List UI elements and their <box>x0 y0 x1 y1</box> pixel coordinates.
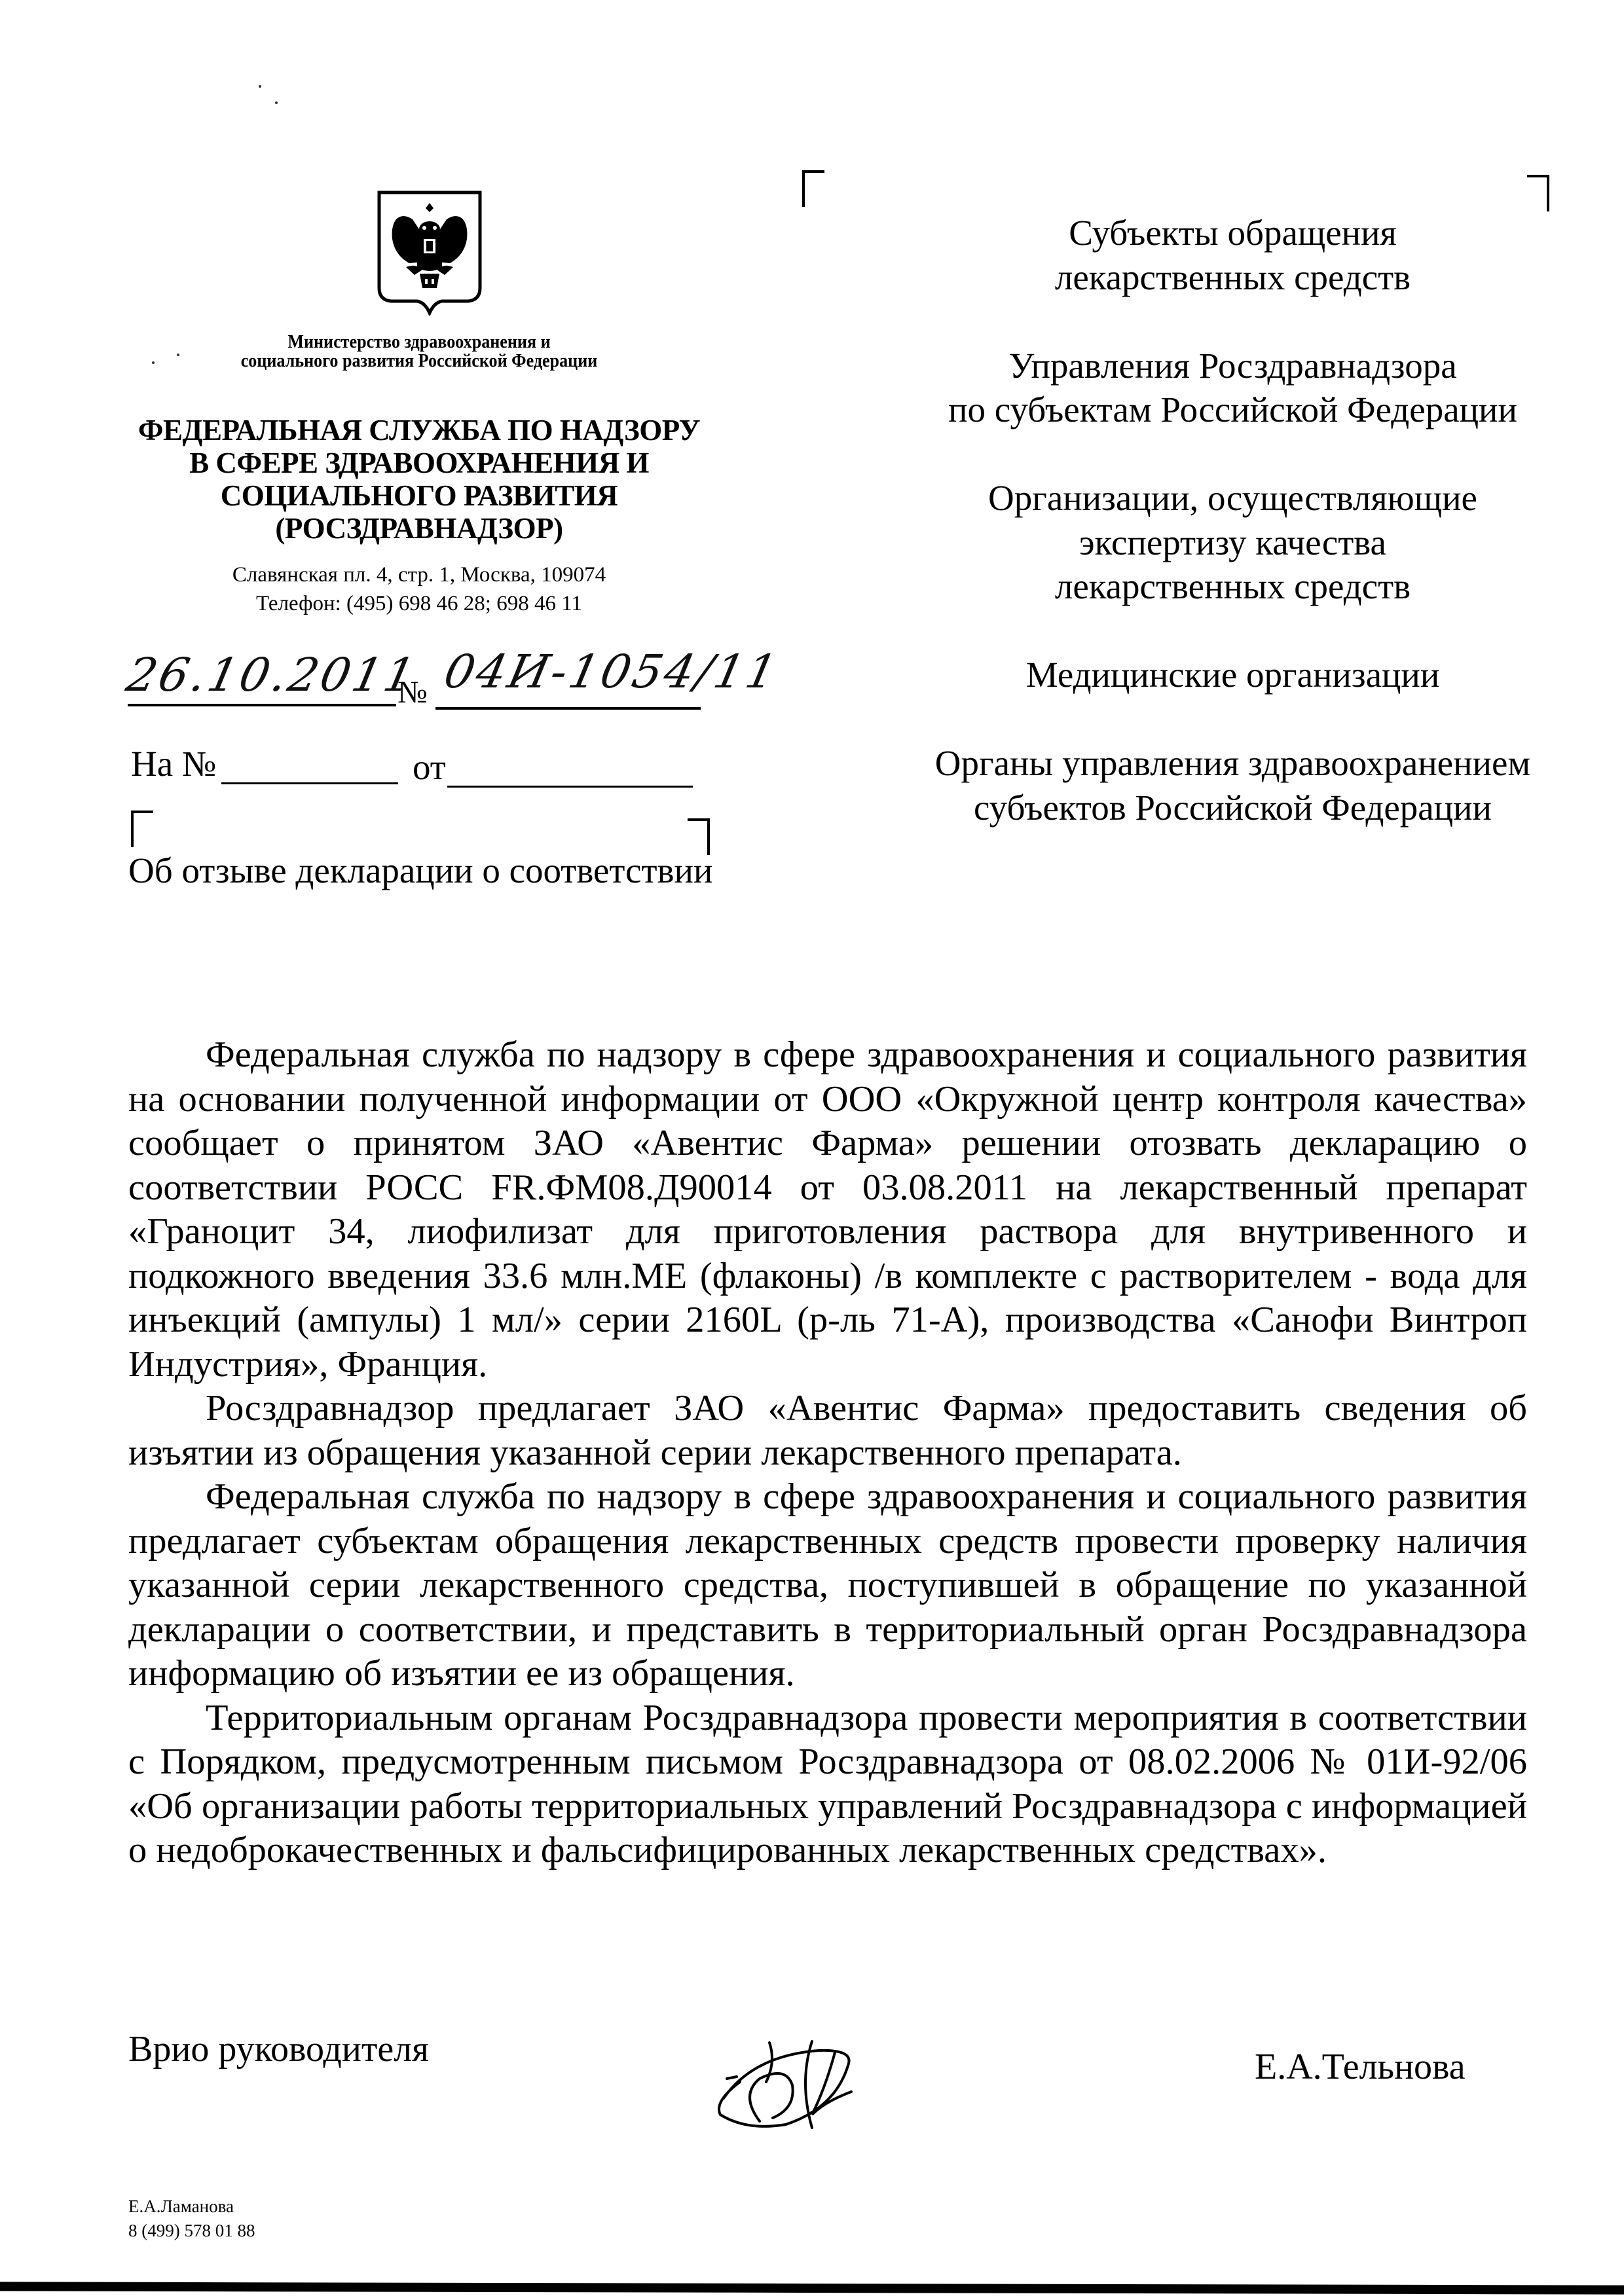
date-underline <box>128 704 396 706</box>
phone-line: Телефон: (495) 698 46 28; 698 46 11 <box>131 589 707 618</box>
recipient-line: лекарственных средств <box>851 564 1614 609</box>
address-line: Славянская пл. 4, стр. 1, Москва, 109074 <box>131 560 707 589</box>
recipient-group: Организации, осуществляющие экспертизу к… <box>851 476 1614 609</box>
recipient-line: лекарственных средств <box>851 255 1614 300</box>
recipient-line: Субъекты обращения <box>851 211 1614 255</box>
body-paragraph-4: Территориальным органам Росздравнадзора … <box>128 1696 1527 1873</box>
reference-number-field <box>221 782 398 784</box>
ministry-line-2: социального развития Российской Федераци… <box>160 352 678 371</box>
registration-date: 26.10.2011 <box>122 648 422 702</box>
service-title-line-2: В СФЕРЕ ЗДРАВООХРАНЕНИЯ И <box>124 446 714 479</box>
recipient-group: Медицинские организации <box>851 653 1614 697</box>
scan-speck <box>1179 1105 1181 1108</box>
scan-speck <box>275 101 278 104</box>
number-underline <box>435 707 701 710</box>
recipient-line: по субъектам Российской Федерации <box>851 388 1614 432</box>
recipient-line: Медицинские организации <box>851 653 1614 697</box>
scan-bottom-edge <box>0 2282 1624 2294</box>
signatory-name: Е.А.Тельнова <box>1255 2046 1466 2088</box>
ministry-name: Министерство здравоохранения и социально… <box>160 333 678 371</box>
subject-bracket-left <box>131 811 153 847</box>
scan-speck <box>152 361 155 364</box>
recipient-group: Органы управления здравоохранением субъе… <box>851 741 1614 829</box>
coat-of-arms-icon <box>377 190 483 316</box>
recipient-line: экспертизу качества <box>851 520 1614 565</box>
recipient-line: субъектов Российской Федерации <box>851 786 1614 830</box>
letter-subject: Об отзыве декларации о соответствии <box>128 850 712 891</box>
scan-speck <box>259 85 261 88</box>
service-address: Славянская пл. 4, стр. 1, Москва, 109074… <box>131 560 707 618</box>
recipients-bracket-left <box>802 170 824 207</box>
reference-number-label: На № <box>131 743 216 784</box>
registration-number: 04И-1054/11 <box>439 645 784 699</box>
ministry-line-1: Министерство здравоохранения и <box>160 333 678 352</box>
service-title-line-3: СОЦИАЛЬНОГО РАЗВИТИЯ <box>124 479 714 512</box>
recipient-group: Управления Росздравнадзора по субъектам … <box>851 344 1614 432</box>
service-title-line-1: ФЕДЕРАЛЬНАЯ СЛУЖБА ПО НАДЗОРУ <box>124 414 714 446</box>
recipient-line: Организации, осуществляющие <box>851 476 1614 520</box>
recipient-line: Органы управления здравоохранением <box>851 741 1614 786</box>
letter-body: Федеральная служба по надзору в сфере зд… <box>128 1033 1527 1873</box>
body-paragraph-3: Федеральная служба по надзору в сфере зд… <box>128 1475 1527 1696</box>
executor-name: Е.А.Ламанова <box>128 2195 255 2219</box>
reference-date-label: от <box>413 746 446 788</box>
scan-speck <box>177 354 179 356</box>
service-title: ФЕДЕРАЛЬНАЯ СЛУЖБА ПО НАДЗОРУ В СФЕРЕ ЗД… <box>124 414 714 545</box>
recipient-line: Управления Росздравнадзора <box>851 344 1614 388</box>
handwritten-signature-icon <box>714 2036 917 2131</box>
number-sign: № <box>397 674 428 710</box>
recipients-block: Субъекты обращения лекарственных средств… <box>851 211 1614 874</box>
reference-date-field <box>447 786 693 788</box>
signatory-position: Врио руководителя <box>128 2028 429 2070</box>
body-paragraph-1: Федеральная служба по надзору в сфере зд… <box>128 1033 1527 1387</box>
executor-block: Е.А.Ламанова 8 (499) 578 01 88 <box>128 2195 255 2243</box>
body-paragraph-2: Росздравнадзор предлагает ЗАО «Авентис Ф… <box>128 1387 1527 1475</box>
recipients-bracket-right <box>1527 175 1549 211</box>
executor-phone: 8 (499) 578 01 88 <box>128 2219 255 2243</box>
service-title-line-4: (РОСЗДРАВНАДЗОР) <box>124 512 714 545</box>
recipient-group: Субъекты обращения лекарственных средств <box>851 211 1614 299</box>
